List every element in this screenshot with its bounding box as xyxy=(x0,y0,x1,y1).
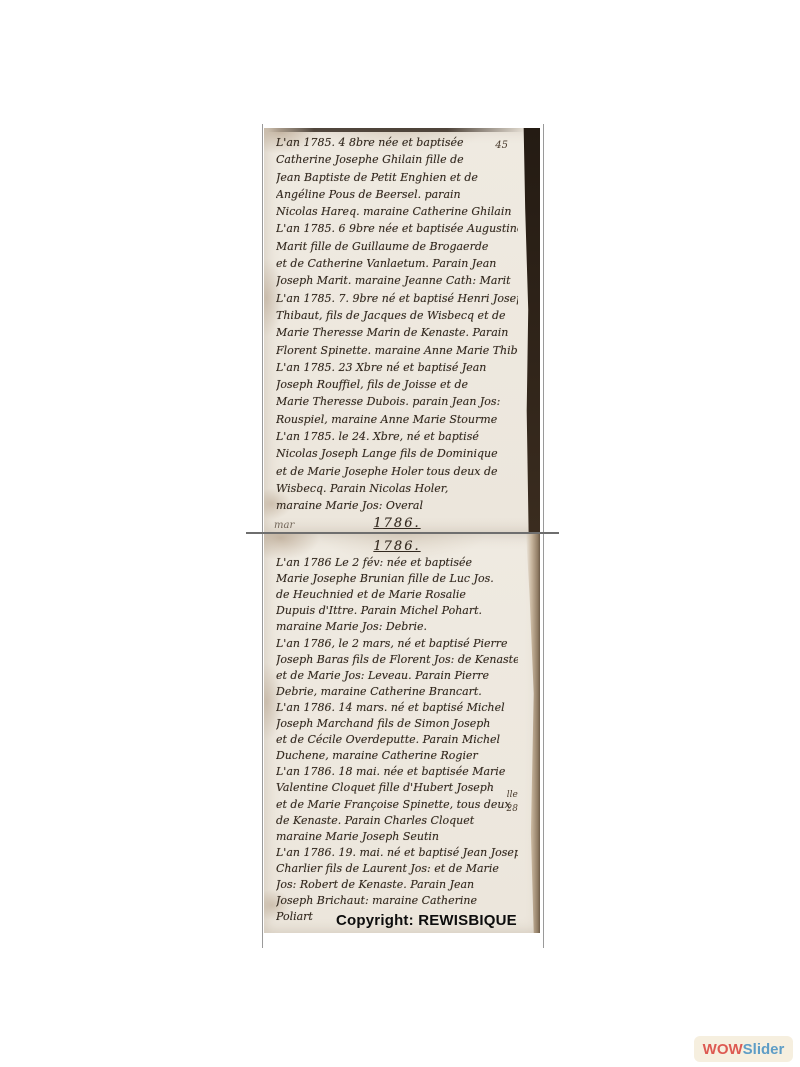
frame-line-left xyxy=(262,124,263,948)
manuscript-page-1785[interactable]: L'an 1785. 4 8bre née et baptiséeCatheri… xyxy=(264,128,540,532)
manuscript-line: Marie Theresse Marin de Kenaste. Parain xyxy=(276,324,518,341)
marginal-note-line: lle xyxy=(507,788,518,802)
wowslider-slider-text: Slider xyxy=(743,1041,785,1058)
manuscript-line: et de Marie Jos: Leveau. Parain Pierre xyxy=(276,668,518,684)
manuscript-line: et de Catherine Vanlaetum. Parain Jean xyxy=(276,255,518,272)
manuscript-line: L'an 1785. 6 9bre née et baptisée August… xyxy=(276,220,518,237)
manuscript-line: Joseph Baras fils de Florent Jos: de Ken… xyxy=(276,652,518,668)
page-number: 45 xyxy=(495,140,508,151)
manuscript-line: Dupuis d'Ittre. Parain Michel Pohart. xyxy=(276,603,518,619)
torn-paper-edge xyxy=(526,534,540,933)
marginal-note: lle 28 xyxy=(507,788,518,816)
manuscript-line: 1786. xyxy=(276,539,518,555)
frame-line-right xyxy=(543,124,544,948)
copyright-overlay: Copyright: REWISBIQUE xyxy=(336,912,517,929)
manuscript-line: et de Marie Françoise Spinette, tous deu… xyxy=(276,797,518,813)
manuscript-line: Joseph Brichaut: maraine Catherine xyxy=(276,893,518,909)
wowslider-watermark-badge[interactable]: WOWSlider xyxy=(694,1036,793,1062)
manuscript-page-1786[interactable]: 1786.L'an 1786 Le 2 fév: née et baptisée… xyxy=(264,534,540,933)
manuscript-line: Joseph Marchand fils de Simon Joseph xyxy=(276,716,518,732)
manuscript-line: Charlier fils de Laurent Jos: et de Mari… xyxy=(276,861,518,877)
book-binding-edge xyxy=(521,128,540,532)
manuscript-line: de Kenaste. Parain Charles Cloquet xyxy=(276,813,518,829)
marginal-note-line: 28 xyxy=(507,802,518,816)
manuscript-line: Wisbecq. Parain Nicolas Holer, xyxy=(276,480,518,497)
manuscript-line: Catherine Josephe Ghilain fille de xyxy=(276,151,518,168)
manuscript-line: Joseph Rouffiel, fils de Joisse et de xyxy=(276,376,518,393)
manuscript-line: L'an 1786. 18 mai. née et baptisée Marie xyxy=(276,764,518,780)
manuscript-line: Marie Theresse Dubois. parain Jean Jos: xyxy=(276,393,518,410)
manuscript-text-1785: L'an 1785. 4 8bre née et baptiséeCatheri… xyxy=(276,128,518,532)
manuscript-line: maraine Marie Jos: Overal xyxy=(276,497,518,514)
manuscript-line: Angéline Pous de Beersel. parain xyxy=(276,186,518,203)
manuscript-line: et de Marie Josephe Holer tous deux de xyxy=(276,463,518,480)
wowslider-wow-text: WOW xyxy=(703,1041,743,1058)
manuscript-line: Jos: Robert de Kenaste. Parain Jean xyxy=(276,877,518,893)
manuscript-line: maraine Marie Joseph Seutin xyxy=(276,829,518,845)
cutoff-text-fragment: mar xyxy=(274,520,294,531)
manuscript-line: L'an 1785. 7. 9bre né et baptisé Henri J… xyxy=(276,290,518,307)
manuscript-line: Florent Spinette. maraine Anne Marie Thi… xyxy=(276,342,518,359)
manuscript-line: L'an 1786. 14 mars. né et baptisé Michel xyxy=(276,700,518,716)
manuscript-line: L'an 1785. 4 8bre née et baptisée xyxy=(276,134,518,151)
manuscript-line: L'an 1785. 23 Xbre né et baptisé Jean xyxy=(276,359,518,376)
manuscript-line: Valentine Cloquet fille d'Hubert Joseph xyxy=(276,780,518,796)
manuscript-line: L'an 1786 Le 2 fév: née et baptisée xyxy=(276,555,518,571)
slider-stage: L'an 1785. 4 8bre née et baptiséeCatheri… xyxy=(0,0,800,1067)
manuscript-line: L'an 1786. 19. mai. né et baptisé Jean J… xyxy=(276,845,518,861)
manuscript-line: Debrie, maraine Catherine Brancart. xyxy=(276,684,518,700)
manuscript-line: Nicolas Hareq. maraine Catherine Ghilain xyxy=(276,203,518,220)
manuscript-line: L'an 1786, le 2 mars, né et baptisé Pier… xyxy=(276,636,518,652)
manuscript-line: Marie Josephe Brunian fille de Luc Jos. xyxy=(276,571,518,587)
manuscript-line: Thibaut, fils de Jacques de Wisbecq et d… xyxy=(276,307,518,324)
manuscript-text-1786: 1786.L'an 1786 Le 2 fév: née et baptisée… xyxy=(276,534,518,925)
manuscript-line: Marit fille de Guillaume de Brogaerde xyxy=(276,238,518,255)
manuscript-line: Nicolas Joseph Lange fils de Dominique xyxy=(276,445,518,462)
manuscript-line: Rouspiel, maraine Anne Marie Stourme xyxy=(276,411,518,428)
manuscript-line: et de Cécile Overdeputte. Parain Michel xyxy=(276,732,518,748)
manuscript-line: Jean Baptiste de Petit Enghien et de xyxy=(276,169,518,186)
manuscript-line: L'an 1785. le 24. Xbre, né et baptisé xyxy=(276,428,518,445)
manuscript-line: 1786. xyxy=(276,515,518,532)
manuscript-line: de Heuchnied et de Marie Rosalie xyxy=(276,587,518,603)
manuscript-line: Joseph Marit. maraine Jeanne Cath: Marit xyxy=(276,272,518,289)
manuscript-line: Duchene, maraine Catherine Rogier xyxy=(276,748,518,764)
manuscript-line: maraine Marie Jos: Debrie. xyxy=(276,619,518,635)
